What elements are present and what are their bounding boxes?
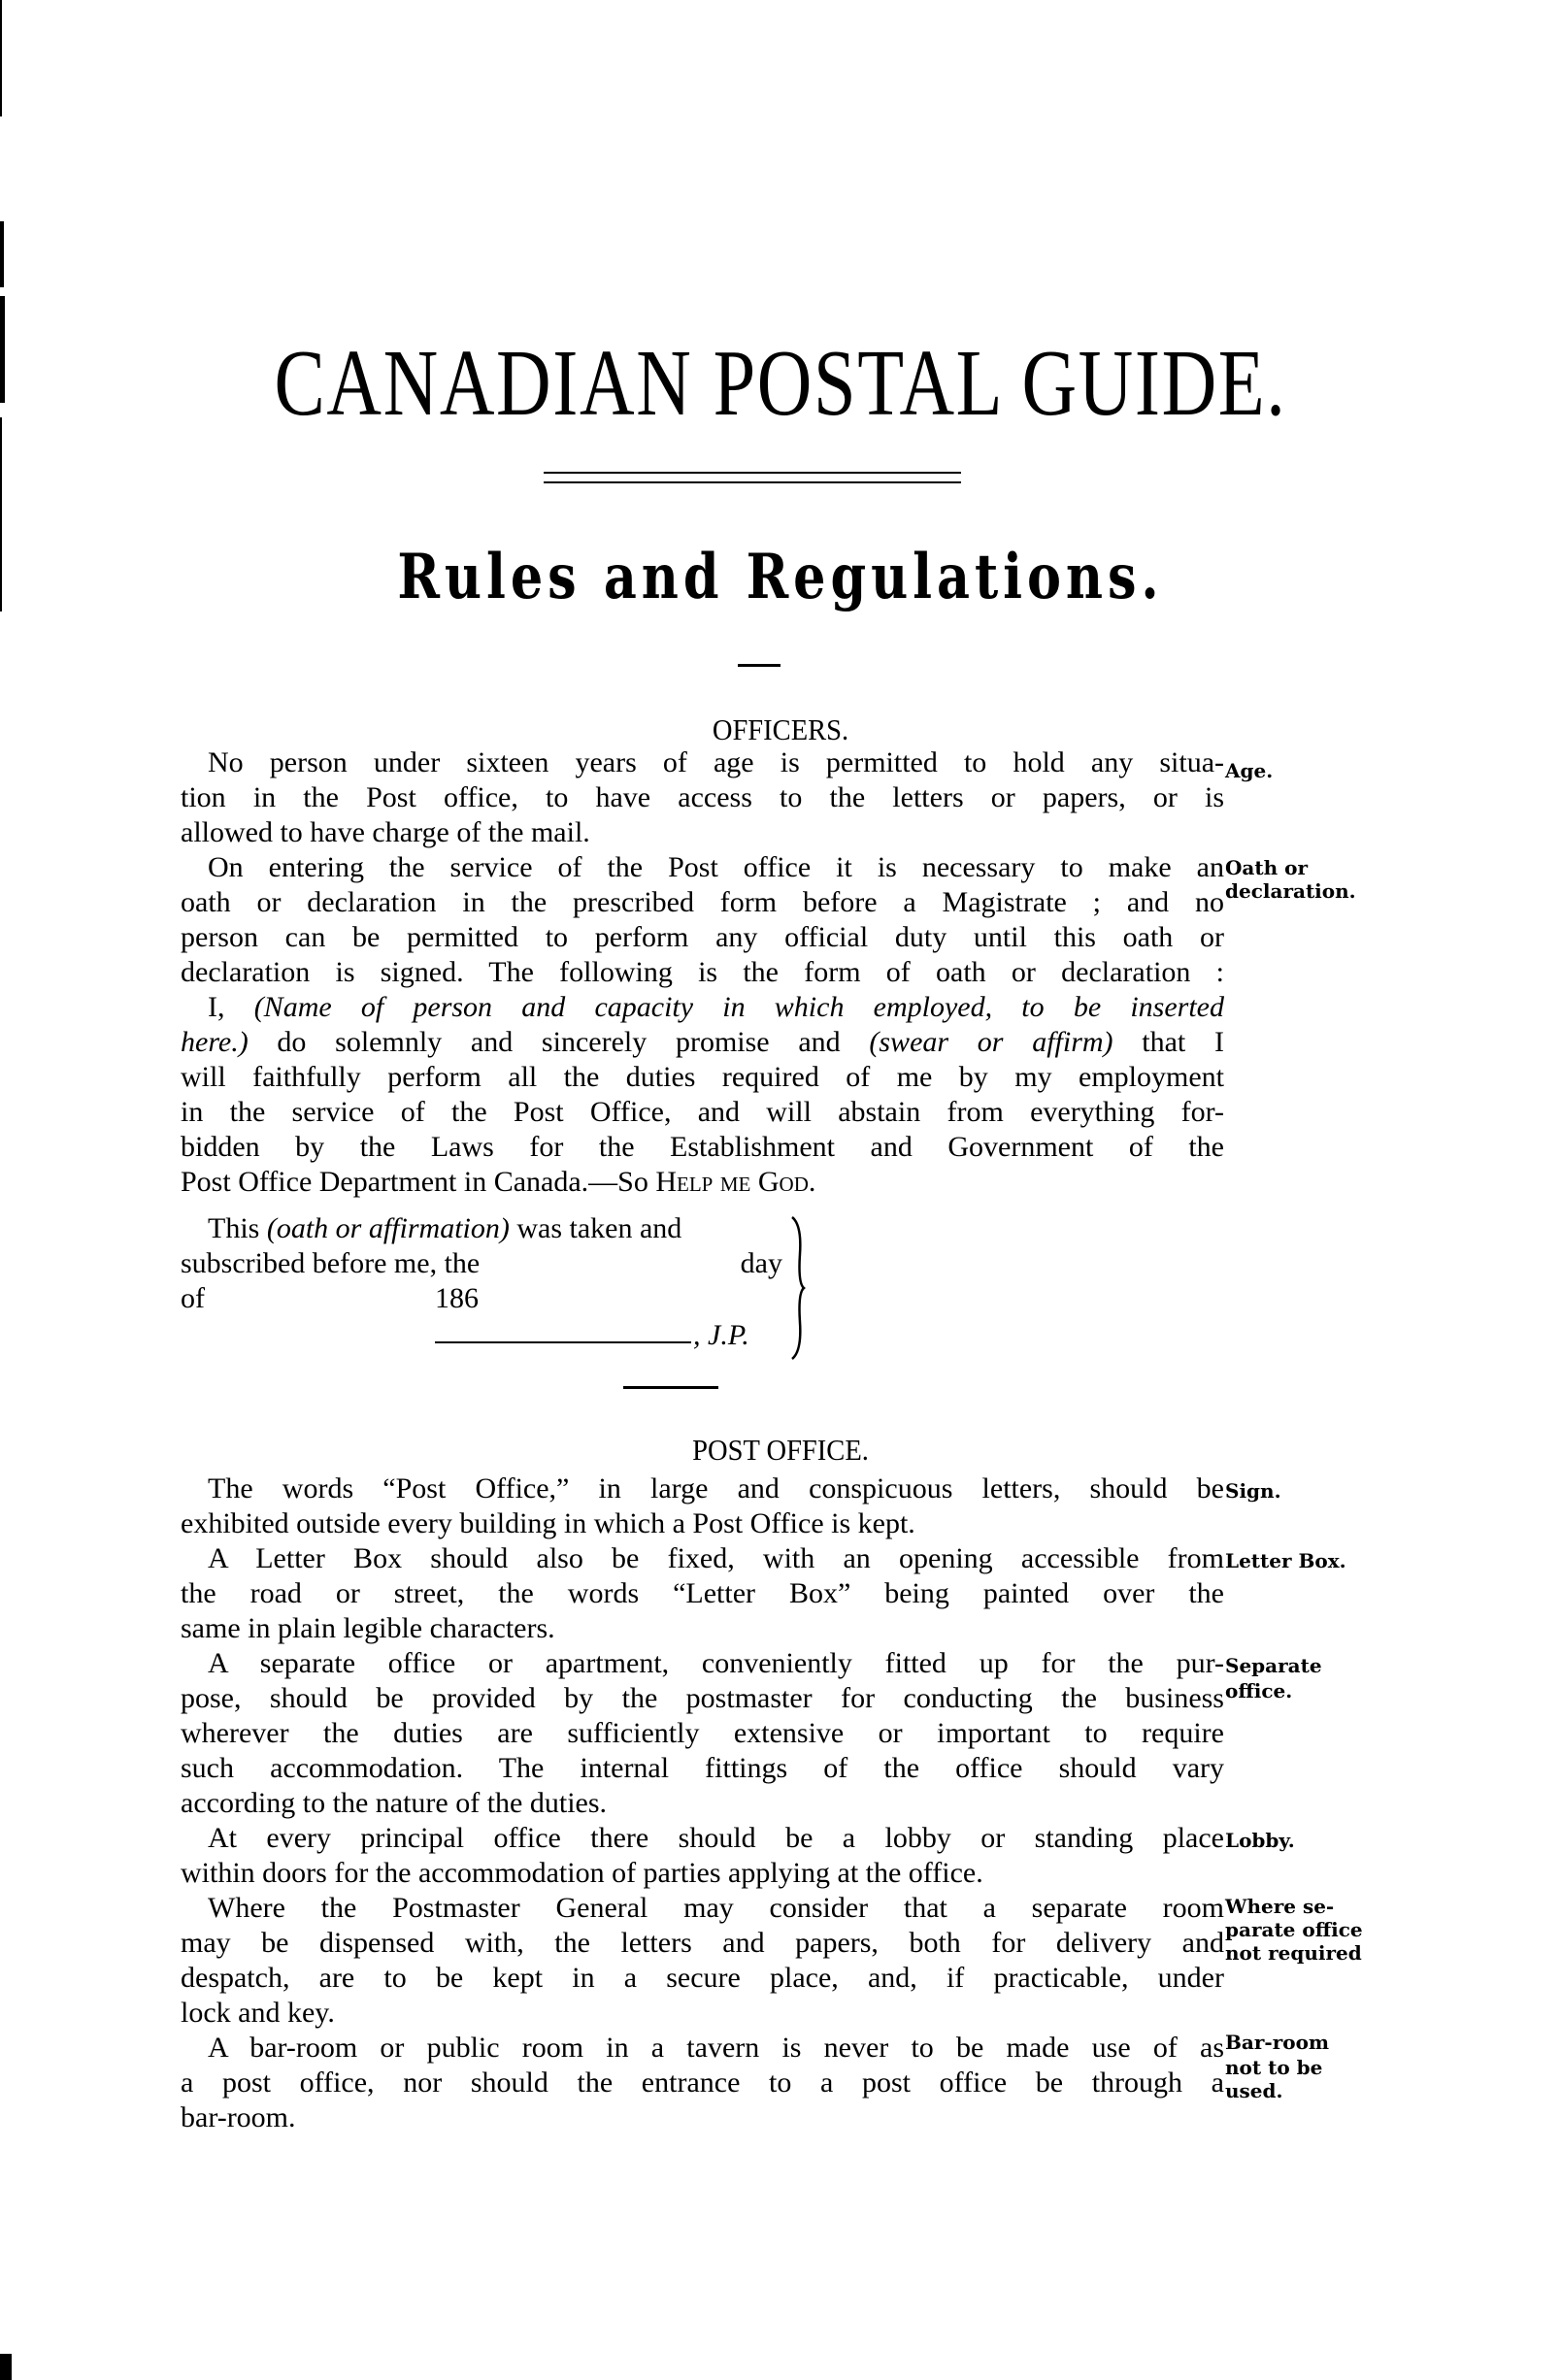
scan-edge-mark <box>0 2354 12 2380</box>
margin-note: office. <box>1225 1679 1292 1702</box>
paragraph-line: exhibited outside every building in whic… <box>181 1506 1224 1541</box>
paragraph-line: tion in the Post office, to have access … <box>181 780 1224 815</box>
paragraph-line: within doors for the accommodation of pa… <box>181 1856 1224 1891</box>
margin-note: Oath or <box>1225 856 1308 879</box>
margin-note: Sign. <box>1225 1479 1281 1503</box>
margin-note: Lobby. <box>1225 1829 1295 1852</box>
paragraph-line: declaration is signed. The following is … <box>181 955 1224 990</box>
paragraph-line: bidden by the Laws for the Establishment… <box>181 1130 1224 1165</box>
double-rule-divider <box>544 472 961 483</box>
oath-line: here.) do solemnly and sincerely promise… <box>181 1025 1224 1060</box>
oath-text: that I <box>1113 1026 1224 1058</box>
paragraph-line: A bar-room or public room in a tavern is… <box>208 2031 1224 2066</box>
margin-note: Where se- <box>1225 1895 1334 1918</box>
paragraph-line: person can be permitted to perform any o… <box>181 920 1224 955</box>
short-rule-divider <box>738 664 780 667</box>
section-heading-post-office: POST OFFICE. <box>62 1433 1498 1468</box>
jurat-text: was taken and <box>510 1212 681 1244</box>
oath-text: I, <box>208 991 254 1023</box>
scan-edge-mark <box>0 296 5 403</box>
page-subtitle: Rules and Regulations. <box>141 539 1421 616</box>
oath-closing-smallcaps: Help me God. <box>655 1166 815 1198</box>
jurat-line: of 186 <box>181 1281 782 1316</box>
jurat-jp-label: , J.P. <box>693 1318 749 1353</box>
margin-note: Letter Box. <box>1225 1549 1346 1572</box>
paragraph-line: oath or declaration in the prescribed fo… <box>181 885 1224 920</box>
paragraph-line: a post office, nor should the entrance t… <box>181 2066 1224 2100</box>
margin-note: Bar-room <box>1225 2031 1329 2054</box>
paragraph-line: such accommodation. The internal fitting… <box>181 1751 1224 1786</box>
paragraph-line: lock and key. <box>181 1996 1224 2031</box>
margin-note: Age. <box>1225 759 1273 782</box>
paragraph-line: No person under sixteen years of age is … <box>208 745 1224 780</box>
paragraph-line: Where the Postmaster General may conside… <box>208 1891 1224 1926</box>
margin-note: Separate <box>1225 1654 1322 1677</box>
margin-note: used. <box>1225 2079 1282 2102</box>
margin-note: not to be <box>1225 2056 1322 2079</box>
paragraph-line: bar-room. <box>181 2100 1224 2135</box>
paragraph-line: despatch, are to be kept in a secure pla… <box>181 1961 1224 1996</box>
jurat-italic-text: (oath or affirmation) <box>267 1212 510 1244</box>
oath-line: Post Office Department in Canada.—So Hel… <box>181 1165 1224 1200</box>
section-heading-officers: OFFICERS. <box>62 712 1498 747</box>
oath-line: I, (Name of person and capacity in which… <box>208 990 1224 1025</box>
jurat-text: of <box>181 1282 205 1314</box>
oath-placeholder-text: (swear or affirm) <box>869 1026 1113 1058</box>
margin-note: not required <box>1225 1941 1362 1965</box>
jurat-day-label: day <box>741 1246 782 1281</box>
paragraph-line: according to the nature of the duties. <box>181 1786 1224 1821</box>
short-rule-divider <box>623 1386 718 1389</box>
paragraph-line: wherever the duties are sufficiently ext… <box>181 1716 1224 1751</box>
margin-note: declaration. <box>1225 879 1356 903</box>
paragraph-line: The words “Post Office,” in large and co… <box>208 1471 1224 1506</box>
oath-placeholder-text: (Name of person and capacity in which em… <box>254 991 1224 1023</box>
jurat-line: , J.P. <box>181 1318 782 1353</box>
paragraph-line: the road or street, the words “Letter Bo… <box>181 1576 1224 1611</box>
page-title: CANADIAN POSTAL GUIDE. <box>156 330 1405 437</box>
jurat-text: subscribed before me, the <box>181 1247 480 1279</box>
oath-placeholder-text: here.) <box>181 1026 249 1058</box>
paragraph-line: same in plain legible characters. <box>181 1611 1224 1646</box>
paragraph-line: At every principal office there should b… <box>208 1821 1224 1856</box>
scan-edge-mark <box>0 0 2 116</box>
oath-text: do solemnly and sincerely promise and <box>249 1026 870 1058</box>
paragraph-line: A separate office or apartment, convenie… <box>208 1646 1224 1681</box>
paragraph-line: pose, should be provided by the postmast… <box>181 1681 1224 1716</box>
oath-text: Post Office Department in Canada.—So <box>181 1166 655 1198</box>
jurat-text: This <box>208 1212 267 1244</box>
brace-icon <box>788 1215 808 1361</box>
paragraph-line: A Letter Box should also be fixed, with … <box>208 1541 1224 1576</box>
paragraph-line: in the service of the Post Office, and w… <box>181 1095 1224 1130</box>
paragraph-line: On entering the service of the Post offi… <box>208 850 1224 885</box>
scan-edge-mark <box>0 221 4 287</box>
paragraph-line: will faithfully perform all the duties r… <box>181 1060 1224 1095</box>
jurat-line: subscribed before me, the day <box>181 1246 782 1281</box>
jurat-year: 186 <box>435 1281 479 1316</box>
paragraph-line: allowed to have charge of the mail. <box>181 815 1224 850</box>
margin-note: parate office <box>1225 1918 1363 1941</box>
signature-blank-line <box>435 1341 691 1343</box>
scan-edge-mark <box>0 417 2 612</box>
paragraph-line: may be dispensed with, the letters and p… <box>181 1926 1224 1961</box>
jurat-line: This (oath or affirmation) was taken and <box>208 1211 782 1246</box>
